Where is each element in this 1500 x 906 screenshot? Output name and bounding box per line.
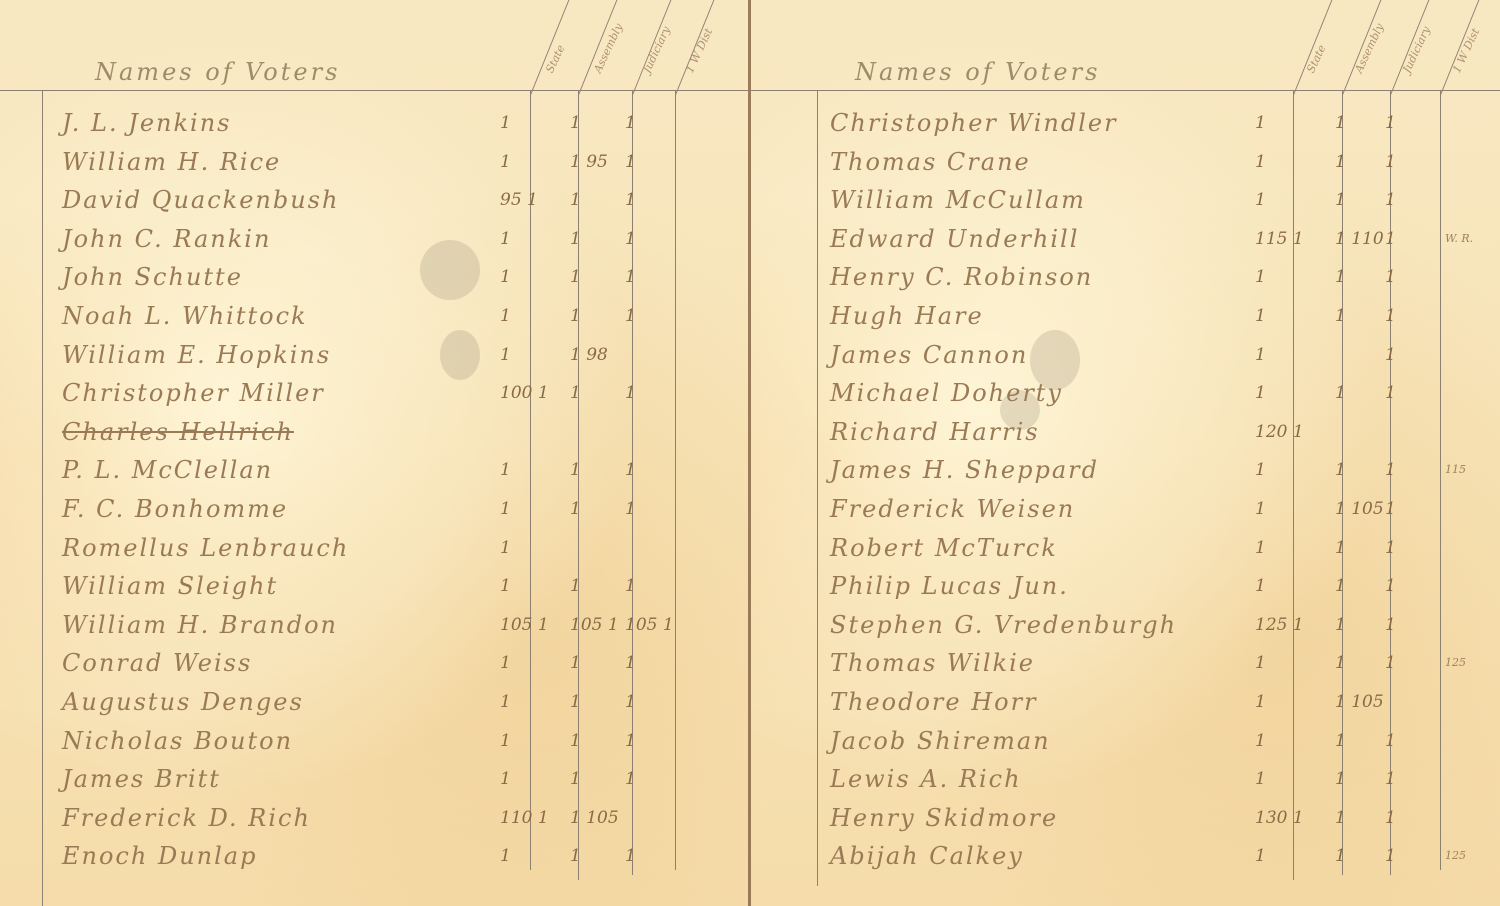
vote-mark-assembly: 1: [1335, 452, 1346, 488]
voter-name: Edward Underhill: [830, 221, 1079, 257]
vote-mark-judiciary: 1: [1385, 375, 1396, 411]
vote-mark-assembly: 1 105: [1335, 491, 1384, 527]
vote-mark-dist: 125: [1445, 838, 1466, 874]
vote-mark-state: 115 1: [1255, 221, 1304, 257]
vote-mark-judiciary: 1: [1385, 298, 1396, 334]
vote-mark-judiciary: 1: [1385, 645, 1396, 681]
voter-name: Richard Harris: [830, 414, 1040, 450]
voter-name: Thomas Crane: [830, 144, 1031, 180]
voter-name: Thomas Wilkie: [830, 645, 1035, 681]
vote-mark-judiciary: 1: [1385, 491, 1396, 527]
voter-row: Henry C. Robinson111: [0, 259, 1500, 295]
vote-mark-judiciary: 1: [1385, 568, 1396, 604]
vote-mark-state: 1: [1255, 144, 1266, 180]
vote-mark-state: 130 1: [1255, 800, 1304, 836]
voter-row: Abijah Calkey111125: [0, 838, 1500, 874]
vote-mark-state: 1: [1255, 723, 1266, 759]
vote-mark-judiciary: 1: [1385, 607, 1396, 643]
voter-name: Henry Skidmore: [830, 800, 1058, 836]
voter-row: Robert McTurck111: [0, 530, 1500, 566]
vote-mark-state: 1: [1255, 337, 1266, 373]
vote-mark-assembly: 1: [1335, 144, 1346, 180]
vote-mark-dist: 115: [1445, 452, 1466, 488]
vote-mark-state: 1: [1255, 298, 1266, 334]
vote-mark-assembly: 1: [1335, 838, 1346, 874]
vote-mark-assembly: 1: [1335, 800, 1346, 836]
vote-mark-state: 1: [1255, 375, 1266, 411]
vote-mark-state: 1: [1255, 684, 1266, 720]
voter-name: Jacob Shireman: [830, 723, 1051, 759]
voter-name: Lewis A. Rich: [830, 761, 1022, 797]
voter-name: James Cannon: [830, 337, 1028, 373]
vote-mark-assembly: 1: [1335, 259, 1346, 295]
vote-mark-judiciary: 1: [1385, 182, 1396, 218]
voter-row: Theodore Horr11 105: [0, 684, 1500, 720]
vote-mark-judiciary: 1: [1385, 452, 1396, 488]
voter-row: William McCullam111: [0, 182, 1500, 218]
voter-name: Hugh Hare: [830, 298, 984, 334]
voter-name: Theodore Horr: [830, 684, 1038, 720]
vote-mark-judiciary: 1: [1385, 259, 1396, 295]
vote-mark-assembly: 1: [1335, 761, 1346, 797]
vote-mark-state: 1: [1255, 761, 1266, 797]
vote-mark-dist: W. R.: [1445, 221, 1473, 257]
right-header-rule: [751, 90, 1500, 91]
vote-mark-judiciary: 1: [1385, 800, 1396, 836]
voter-name: Frederick Weisen: [830, 491, 1075, 527]
vote-mark-state: 1: [1255, 530, 1266, 566]
vote-mark-state: 125 1: [1255, 607, 1304, 643]
vote-mark-assembly: 1: [1335, 375, 1346, 411]
voter-row: James Cannon11: [0, 337, 1500, 373]
vote-mark-assembly: 1 110: [1335, 221, 1384, 257]
voter-row: Lewis A. Rich111: [0, 761, 1500, 797]
vote-mark-state: 1: [1255, 452, 1266, 488]
voter-name: William McCullam: [830, 182, 1086, 218]
voter-row: Thomas Crane111: [0, 144, 1500, 180]
vote-mark-assembly: 1: [1335, 645, 1346, 681]
voter-row: Richard Harris120 1: [0, 414, 1500, 450]
vote-mark-judiciary: 1: [1385, 144, 1396, 180]
vote-mark-judiciary: 1: [1385, 221, 1396, 257]
voter-name: Stephen G. Vredenburgh: [830, 607, 1177, 643]
voter-row: Thomas Wilkie111125: [0, 645, 1500, 681]
vote-mark-state: 1: [1255, 259, 1266, 295]
vote-mark-judiciary: 1: [1385, 723, 1396, 759]
vote-mark-assembly: 1 105: [1335, 684, 1384, 720]
vote-mark-assembly: 1: [1335, 607, 1346, 643]
voter-name: Michael Doherty: [830, 375, 1063, 411]
vote-mark-dist: 125: [1445, 645, 1466, 681]
vote-mark-judiciary: 1: [1385, 838, 1396, 874]
vote-mark-state: 1: [1255, 645, 1266, 681]
voter-row: Michael Doherty111: [0, 375, 1500, 411]
vote-mark-judiciary: 1: [1385, 337, 1396, 373]
left-page-title: Names of Voters: [95, 58, 340, 86]
vote-mark-assembly: 1: [1335, 105, 1346, 141]
vote-mark-state: 1: [1255, 568, 1266, 604]
voter-row: Philip Lucas Jun.111: [0, 568, 1500, 604]
vote-mark-judiciary: 1: [1385, 761, 1396, 797]
voter-name: Christopher Windler: [830, 105, 1118, 141]
right-page-title: Names of Voters: [855, 58, 1100, 86]
voter-row: Jacob Shireman111: [0, 723, 1500, 759]
vote-mark-state: 120 1: [1255, 414, 1304, 450]
vote-mark-state: 1: [1255, 182, 1266, 218]
vote-mark-assembly: 1: [1335, 298, 1346, 334]
voter-row: Henry Skidmore130 111: [0, 800, 1500, 836]
voter-name: Robert McTurck: [830, 530, 1058, 566]
voter-name: Abijah Calkey: [830, 838, 1024, 874]
vote-mark-assembly: 1: [1335, 530, 1346, 566]
left-header-rule: [0, 90, 748, 91]
voter-row: Christopher Windler111: [0, 105, 1500, 141]
voter-name: Philip Lucas Jun.: [830, 568, 1069, 604]
voter-row: Hugh Hare111: [0, 298, 1500, 334]
voter-row: Edward Underhill115 11 1101W. R.: [0, 221, 1500, 257]
vote-mark-state: 1: [1255, 838, 1266, 874]
vote-mark-assembly: 1: [1335, 568, 1346, 604]
voter-row: Frederick Weisen11 1051: [0, 491, 1500, 527]
vote-mark-judiciary: 1: [1385, 530, 1396, 566]
vote-mark-judiciary: 1: [1385, 105, 1396, 141]
vote-mark-assembly: 1: [1335, 182, 1346, 218]
ledger-spread: Names of Voters Names of Voters State As…: [0, 0, 1500, 906]
vote-mark-state: 1: [1255, 491, 1266, 527]
voter-name: Henry C. Robinson: [830, 259, 1093, 295]
voter-name: James H. Sheppard: [830, 452, 1099, 488]
vote-mark-assembly: 1: [1335, 723, 1346, 759]
voter-row: James H. Sheppard111115: [0, 452, 1500, 488]
voter-row: Stephen G. Vredenburgh125 111: [0, 607, 1500, 643]
vote-mark-state: 1: [1255, 105, 1266, 141]
